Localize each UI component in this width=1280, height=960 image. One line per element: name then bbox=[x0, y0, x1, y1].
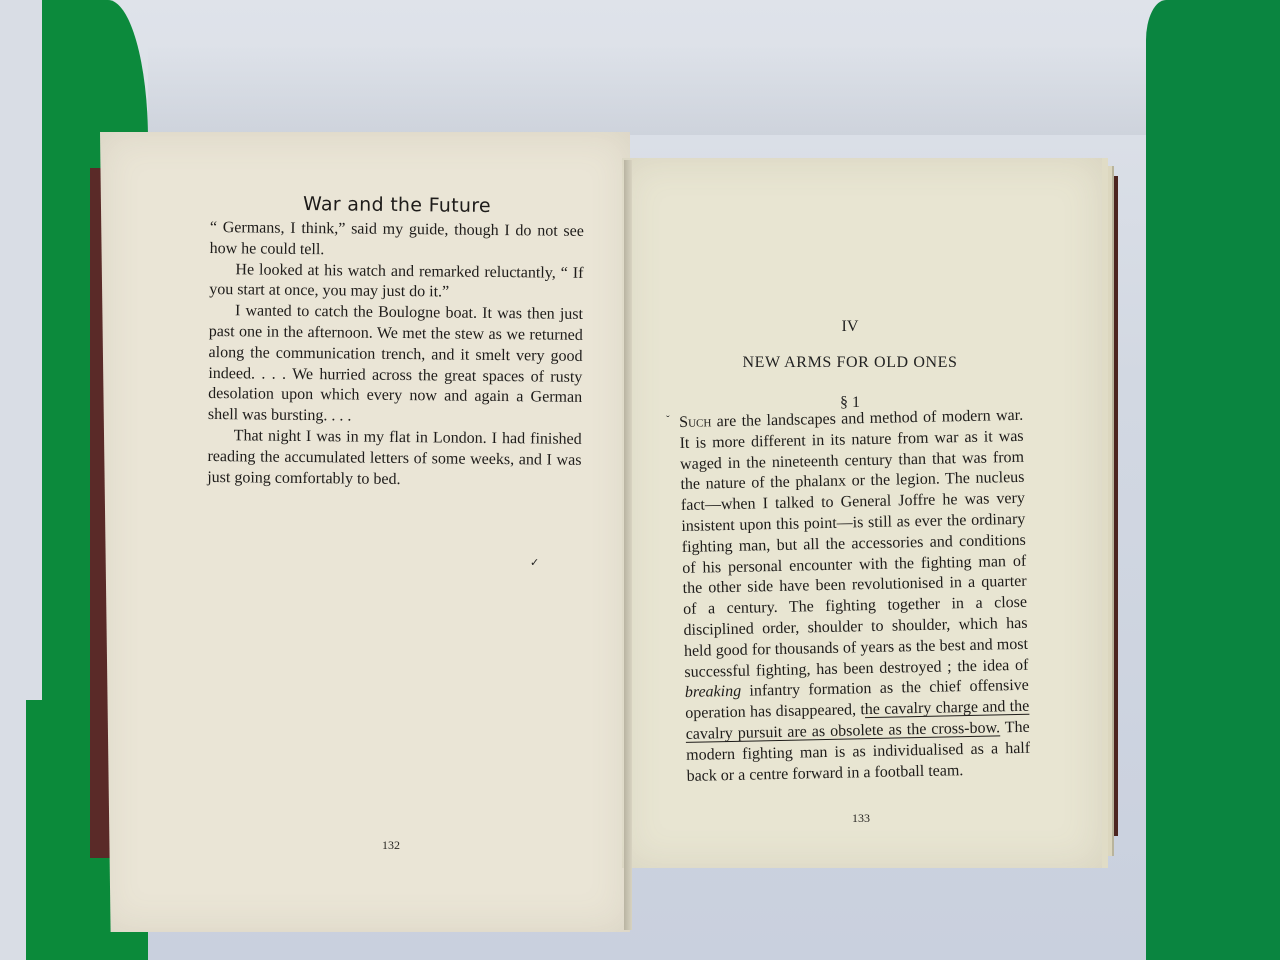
paragraph: That night I was in my flat in London. I… bbox=[207, 426, 582, 492]
left-page-body: “ Germans, I think,” said my guide, thou… bbox=[207, 218, 584, 492]
chapter-number: IV bbox=[680, 318, 1020, 336]
green-board-right bbox=[1146, 0, 1280, 960]
page-number-left: 132 bbox=[382, 838, 400, 853]
italic-word: breaking bbox=[685, 683, 742, 701]
shadow bbox=[148, 45, 1146, 135]
paragraph: Such are the landscapes and method of mo… bbox=[679, 406, 1031, 787]
running-head: War and the Future bbox=[210, 192, 584, 218]
right-page-body: Such are the landscapes and method of mo… bbox=[679, 406, 1031, 787]
chapter-title: NEW ARMS FOR OLD ONES bbox=[680, 354, 1020, 372]
paragraph: I wanted to catch the Boulogne boat. It … bbox=[208, 301, 583, 430]
first-word: Such bbox=[679, 413, 711, 431]
pencil-mark: ˇ bbox=[666, 414, 670, 426]
page-number-right: 133 bbox=[852, 811, 870, 826]
pencil-check-mark: ✓ bbox=[530, 556, 539, 569]
paragraph: He looked at his watch and remarked relu… bbox=[209, 260, 583, 306]
body-text: are the landscapes and method of modern … bbox=[679, 407, 1028, 681]
paragraph: “ Germans, I think,” said my guide, thou… bbox=[210, 218, 584, 264]
book-gutter bbox=[624, 160, 632, 930]
